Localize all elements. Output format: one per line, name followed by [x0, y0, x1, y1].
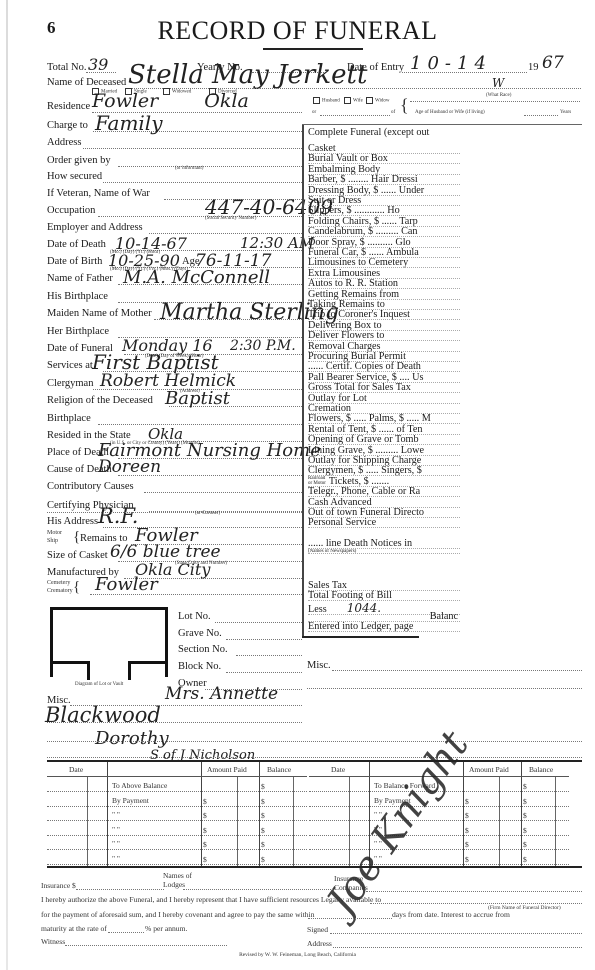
ledger-col-divider [259, 762, 260, 866]
ledger-row-line[interactable] [47, 835, 307, 836]
field-row: Order given by(or informant) [0, 155, 302, 171]
fee-item[interactable]: Delivering Box to [308, 320, 460, 331]
field-value[interactable]: 6/6 blue tree [110, 542, 221, 562]
ledger-row-label: " " [112, 825, 120, 834]
fee-item[interactable]: Burial Vault or Box [308, 153, 460, 164]
ledger-balance-currency: $ [261, 811, 265, 820]
fee-item[interactable]: Outlay for Lot [308, 393, 460, 404]
field-line [103, 182, 302, 183]
ledger-balance-currency: $ [261, 782, 265, 791]
fee-item[interactable]: Cremation [308, 403, 460, 414]
lot-field-label: Grave No. [178, 628, 222, 639]
fee-item[interactable]: Slippers, $ ............ Ho [308, 205, 460, 216]
companies-label-top: Insurance [334, 874, 363, 883]
ledger-header-rule [47, 776, 307, 777]
ledger-amount-currency: $ [203, 797, 207, 806]
rate-line[interactable] [108, 932, 144, 933]
fees-column: Complete Funeral (except out CasketBuria… [302, 125, 460, 638]
field-label: Charge to [47, 120, 88, 131]
ledger-header-balance: Balance [529, 765, 553, 774]
fee-item[interactable]: Limousines to Cemetery [308, 257, 460, 268]
field-label: If Veteran, Name of War [47, 188, 150, 199]
page-title: RECORD OF FUNERAL [0, 16, 595, 46]
signature: Joe Knight [318, 723, 478, 923]
name-of-deceased-label: Name of Deceased [47, 77, 126, 88]
ledger-row-line[interactable] [47, 864, 307, 865]
ledger-amount-currency: $ [465, 797, 469, 806]
ledger-header-balance: Balance [267, 765, 291, 774]
field-row: CemeteryCrematory{Fowler [0, 583, 302, 599]
fee-item[interactable]: Suit or Dress [308, 195, 460, 206]
field-row: Religion of the DeceasedBaptist [0, 395, 302, 411]
race-value[interactable]: W [492, 76, 504, 90]
ledger-amount-currency: $ [465, 811, 469, 820]
fee-item[interactable]: Balanc [308, 611, 460, 622]
misc-rule-1 [70, 705, 302, 706]
days-text: days from date. Interest to accrue from [392, 910, 510, 919]
spouse-age-line[interactable] [524, 115, 558, 116]
spouse-age-unit: Years [560, 110, 571, 115]
field-label: How secured [47, 171, 102, 182]
field-line [144, 492, 302, 493]
ledger-amount-currency: $ [203, 826, 207, 835]
fee-item[interactable]: Sales Tax [308, 580, 460, 591]
name-line [126, 88, 581, 89]
field-label: Size of Casket [47, 550, 108, 561]
misc-rule-2 [47, 722, 302, 723]
date-of-entry-line [402, 72, 527, 73]
fee-item[interactable]: Autos to R. R. Station [308, 278, 460, 289]
fee-dotted [308, 631, 460, 632]
ledger-header-date: Date [331, 765, 345, 774]
ledger-amount-currency: $ [203, 855, 207, 864]
lot-field-line[interactable] [215, 622, 302, 623]
lot-field-line[interactable] [226, 639, 302, 640]
lot-field-label: Block No. [178, 661, 221, 672]
field-row: How secured [0, 171, 302, 187]
ledger-amount-currency: $ [203, 840, 207, 849]
field-value-2[interactable]: 2:30 P.M. [230, 338, 296, 354]
checkbox-husband[interactable]: Husband [313, 97, 340, 104]
fee-item[interactable]: Door Spray, $ .......... Glo [308, 237, 460, 248]
ledger-col-divider [107, 762, 108, 866]
contributory-extra-line [47, 512, 302, 513]
field-label: Address [47, 137, 81, 148]
field-label: Services at [47, 360, 93, 371]
fee-dotted [308, 527, 460, 528]
signed-line[interactable] [330, 933, 582, 934]
field-label: Maiden Name of Mother [47, 308, 152, 319]
misc-line-3[interactable]: Dorothy [95, 728, 169, 749]
fee-item[interactable]: Gross Total for Sales Tax [308, 382, 460, 393]
ledger-row-line[interactable] [47, 849, 307, 850]
fee-item[interactable]: Candelabrum, $ ......... Can [308, 226, 460, 237]
signed-label: Signed [307, 925, 328, 934]
field-label: His Address [47, 516, 98, 527]
ledger-row-label: To Above Balance [112, 781, 167, 790]
field-label: Her Birthplace [47, 326, 109, 337]
covenant-text: for the payment of aforesaid sum, and I … [41, 910, 315, 919]
lot-field-label: Section No. [178, 644, 228, 655]
field-line [118, 166, 302, 167]
ledger-row-line[interactable] [309, 835, 569, 836]
fee-item[interactable]: Pall Bearer Service, $ .... Us [308, 372, 460, 383]
field-value[interactable]: Baptist [165, 388, 230, 409]
name-of-deceased-value[interactable]: Stella May Jerkett [128, 60, 367, 90]
misc-line-2[interactable]: Blackwood [45, 703, 161, 727]
insurance-line[interactable] [76, 889, 164, 890]
lot-diagram [50, 607, 168, 677]
revised-credit: Revised by W. W. Feineman, Long Beach, C… [0, 952, 595, 958]
lodges-label-bottom: Lodges [163, 880, 185, 889]
fee-item[interactable]: Personal Service [308, 517, 460, 528]
ledger-col-divider [201, 762, 202, 866]
fee-item[interactable]: Entered into Ledger, page [308, 621, 460, 632]
ledger-subcol-divider [555, 776, 556, 866]
field-prefix-top: Motor [47, 530, 62, 536]
fee-item[interactable]: Getting Remains from [308, 289, 460, 300]
fee-item[interactable]: Funeral Car, $ ...... Ambula [308, 247, 460, 258]
field-label: Contributory Causes [47, 481, 134, 492]
ledger-bottom-rule [47, 866, 582, 868]
fee-item[interactable]: Casket [308, 143, 460, 154]
field-row: Maiden Name of MotherMartha Sterling [0, 308, 302, 324]
spouse-of-suffix: of [391, 110, 395, 115]
field-label: His Birthplace [47, 291, 108, 302]
ledger-row-line[interactable] [309, 820, 569, 821]
ledger-header-amount: Amount Paid [207, 765, 247, 774]
companies-label-bottom: Companies [334, 883, 368, 892]
field-label: Religion of the Deceased [47, 395, 153, 406]
ledger-row-label: " " [112, 839, 120, 848]
field-row: Name of FatherM.A. McConnell [0, 273, 302, 289]
ledger-row-line[interactable] [47, 820, 307, 821]
address-label: Address [307, 939, 332, 948]
ledger-subcol-divider [237, 776, 238, 866]
ledger-amount-currency: $ [465, 840, 469, 849]
misc-right-line-2[interactable] [307, 688, 582, 689]
fee-item[interactable]: Embalming Body [308, 164, 460, 175]
spouse-line[interactable] [320, 115, 390, 116]
authorize-text: I hereby authorize the above Funeral, an… [41, 895, 381, 904]
misc-rule-3 [47, 741, 582, 742]
ledger-row-line[interactable] [309, 806, 569, 807]
insurance-label: Insurance $ [41, 881, 76, 890]
ledger-header-amount: Amount Paid [469, 765, 509, 774]
residence-value[interactable]: Fowler Okla [92, 90, 249, 112]
fee-item[interactable]: Taking Remains to [308, 299, 460, 310]
brace: { [400, 96, 409, 114]
fee-dotted [308, 553, 460, 554]
fee-item[interactable]: Barber, $ ........ Hair Dressi [308, 174, 460, 185]
field-label: Employer and Address [47, 222, 143, 233]
field-value[interactable]: Fowler [95, 574, 158, 595]
field-row: Certifying Physician(or Coroner) [0, 500, 302, 516]
field-row: Contributory Causes [0, 481, 302, 497]
fee-item[interactable]: Outlay for Shipping Charge [308, 455, 460, 466]
checkbox-wife[interactable]: Wife [344, 97, 363, 104]
ledger-subcol-divider [499, 776, 500, 866]
lot-diagram-base-left [50, 661, 90, 664]
total-no-label: Total No. [47, 62, 87, 73]
fee-item[interactable]: (Names of Newspapers) [308, 549, 460, 554]
fee-item[interactable]: Removal Charges [308, 341, 460, 352]
ledger-balance-currency: $ [261, 797, 265, 806]
total-no-line [86, 72, 116, 73]
fee-item[interactable]: Telegr., Phone, Cable or Ra [308, 486, 460, 497]
field-value[interactable]: Doreen [98, 457, 161, 477]
field-row: Address [0, 137, 302, 153]
ledger-amount-currency: $ [465, 826, 469, 835]
field-value[interactable]: R.F. [98, 504, 138, 528]
ledger-balance-currency: $ [523, 797, 527, 806]
fee-item[interactable]: Dressing Body, $ ...... Under [308, 185, 460, 196]
field-label: Date of Birth [47, 256, 102, 267]
misc-right-label: Misc. [307, 660, 331, 671]
fee-item[interactable]: Folding Chairs, $ ...... Tarp [308, 216, 460, 227]
lot-diagram-notch-right [128, 663, 131, 680]
misc-rule-4 [47, 757, 582, 758]
ledger-top-rule [47, 760, 582, 762]
ledger-col-divider [463, 762, 464, 866]
ledger-balance-currency: $ [523, 826, 527, 835]
lot-diagram-base-right [128, 661, 168, 664]
days-line[interactable] [308, 918, 392, 919]
ledger-row-line[interactable] [47, 806, 307, 807]
field-label: Birthplace [47, 413, 91, 424]
spouse-age-label: Age of Husband or Wife (if living) [415, 110, 485, 115]
ledger-balance-currency: $ [523, 811, 527, 820]
checkbox-widow[interactable]: Widow [366, 97, 390, 104]
field-label: Name of Father [47, 273, 113, 284]
year-prefix: 19 [528, 62, 539, 73]
ledger-balance-currency: $ [523, 840, 527, 849]
fees-header: Complete Funeral (except out [308, 127, 460, 138]
spouse-or-prefix: or [312, 110, 316, 115]
lot-field-line[interactable] [226, 672, 302, 673]
ledger-amount-currency: $ [465, 855, 469, 864]
firm-line[interactable] [370, 903, 582, 904]
field-row: Cause of DeathDoreen [0, 464, 302, 480]
fee-item[interactable]: Rental of Tent, $ ...... of Ten [308, 424, 460, 435]
fee-item[interactable]: Cash Advanced [308, 497, 460, 508]
fee-item[interactable]: Lining Grave, $ ......... Lowe [308, 445, 460, 456]
year-value[interactable]: 67 [542, 53, 564, 73]
fee-item[interactable]: Clergymen, $ ..... Singers, $ [308, 465, 460, 476]
field-prefix-bottom: Ship [47, 538, 58, 544]
maturity-text: maturity at the rate of [41, 924, 107, 933]
ledger-row-line[interactable] [47, 791, 307, 792]
field-label: Clergyman [47, 378, 93, 389]
ledger-row-label: " " [112, 854, 120, 863]
ledger-row-label: " " [112, 810, 120, 819]
age-label: Age [182, 256, 200, 267]
ledger-row-line[interactable] [309, 849, 569, 850]
fee-item[interactable]: ...... line Death Notices in [308, 538, 460, 549]
residence-label: Residence [47, 101, 90, 112]
ledger-balance-currency: $ [261, 855, 265, 864]
lodges-label-top: Names of [163, 871, 192, 880]
fee-item[interactable]: ...... Certif. Copies of Death [308, 361, 460, 372]
witness-label: Witness [41, 937, 65, 946]
fee-item[interactable]: Total Footing of Bill [308, 590, 460, 601]
race-caption: (What Race) [486, 93, 511, 98]
per-annum: % per annum. [145, 924, 187, 933]
field-caption: (Social Security Number) [205, 216, 256, 221]
lot-diagram-caption: Diagram of Lot or Vault [75, 682, 123, 687]
fee-item[interactable]: Out of town Funeral Directo [308, 507, 460, 518]
field-line [98, 424, 302, 425]
lot-field-line[interactable] [236, 655, 302, 656]
field-row: Charge toFamily [0, 120, 302, 136]
field-value[interactable]: Family [95, 111, 163, 135]
fee-item[interactable]: Railroador MotorTickets, $ ....... [308, 476, 460, 487]
field-label: Occupation [47, 205, 95, 216]
companies-line[interactable] [366, 891, 582, 892]
ledger-balance-currency: $ [261, 840, 265, 849]
lot-field-label: Lot No. [178, 611, 211, 622]
field-label: Date of Death [47, 239, 106, 250]
ledger-header-date: Date [69, 765, 83, 774]
field-label: Order given by [47, 155, 111, 166]
spouse-top-line [410, 101, 580, 102]
address-line[interactable] [333, 947, 582, 948]
witness-line[interactable] [65, 945, 227, 946]
ledger-subcol-divider [293, 776, 294, 866]
field-line [83, 148, 302, 149]
misc-right-line-1[interactable] [332, 670, 582, 671]
fee-item[interactable]: Trip to Coroner's Inquest [308, 309, 460, 320]
field-row: ClergymanRobert Helmick(Address) [0, 378, 302, 394]
misc-line-1[interactable]: Mrs. Annette [165, 684, 278, 704]
lot-diagram-notch-left [87, 663, 90, 680]
title-underline [263, 48, 363, 50]
fee-item[interactable]: Extra Limousines [308, 268, 460, 279]
fee-item[interactable]: Flowers, $ ..... Palms, $ ..... M [308, 413, 460, 424]
ledger-balance-currency: $ [523, 782, 527, 791]
fee-item[interactable]: Opening of Grave or Tomb [308, 434, 460, 445]
ledger-amount-currency: $ [203, 811, 207, 820]
brace: { [73, 579, 80, 596]
field-prefix-bottom: Crematory [47, 588, 73, 594]
ledger-col-divider [521, 762, 522, 866]
ledger-row-label: By Payment [112, 796, 149, 805]
ledger-balance-currency: $ [523, 855, 527, 864]
fees-bottom-rule [302, 636, 419, 638]
ledger-balance-currency: $ [261, 826, 265, 835]
fee-item[interactable]: Deliver Flowers to [308, 330, 460, 341]
lodges-line[interactable] [183, 889, 333, 890]
ledger-subcol-divider [87, 776, 88, 866]
date-of-entry-value[interactable]: 10-14 [410, 53, 492, 74]
field-prefix-top: Cemetery [47, 580, 70, 586]
field-value[interactable]: M.A. McConnell [123, 267, 270, 288]
fee-item[interactable]: Procuring Burial Permit [308, 351, 460, 362]
field-row: Occupation447-40-6409(Social Security Nu… [0, 205, 302, 221]
